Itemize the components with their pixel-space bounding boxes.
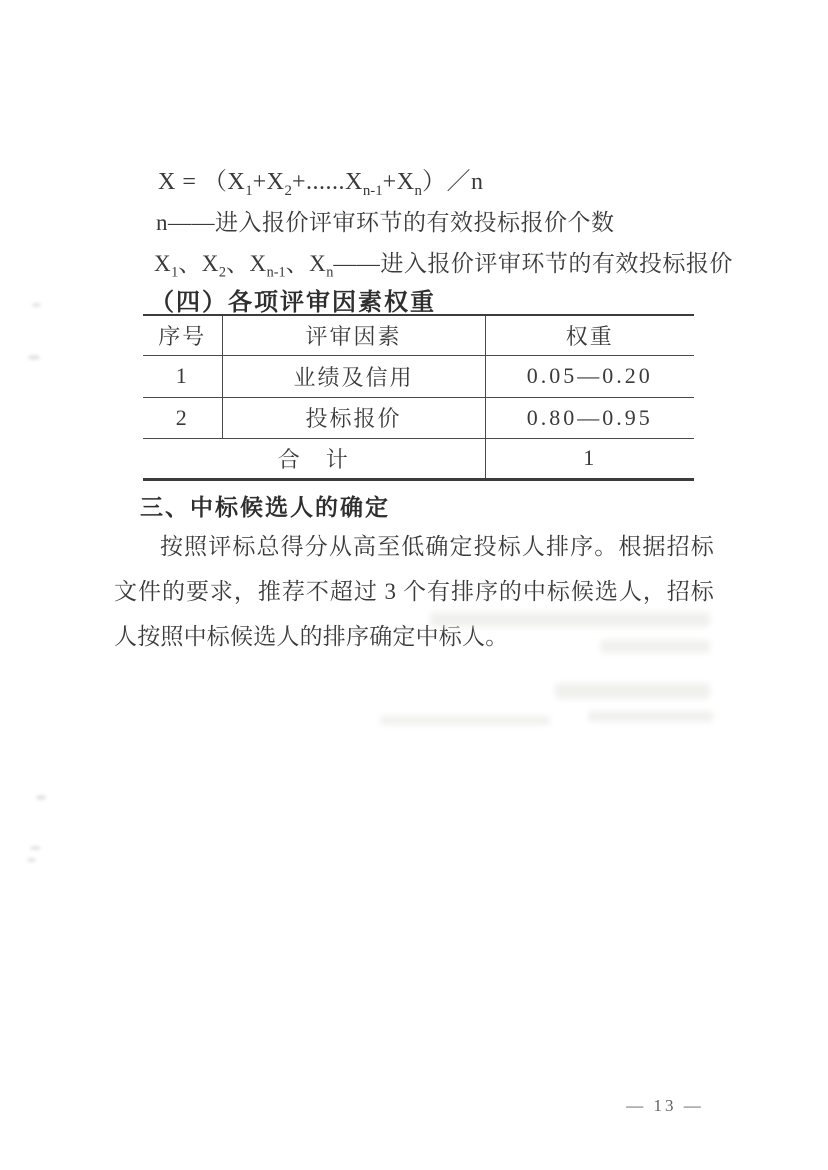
formula-definition-x: X1、X2、Xn-1、Xn——进入报价评审环节的有效投标报价 — [154, 245, 733, 278]
scan-artifact — [36, 795, 46, 800]
cell-factor: 投标报价 — [222, 397, 485, 438]
header-cell-weight: 权重 — [485, 315, 694, 355]
header-cell-index: 序号 — [143, 315, 222, 355]
scan-artifact — [27, 858, 36, 862]
page-number: — 13 — — [600, 1096, 730, 1116]
cell-weight: 0.05—0.20 — [485, 355, 694, 397]
formula-average-price: X = （X1+X2+......Xn-1+Xn）／n — [158, 161, 483, 196]
bleed-through-ghost — [380, 716, 550, 725]
cell-factor: 业绩及信用 — [222, 355, 485, 397]
table-header-row: 序号 评审因素 权重 — [143, 315, 694, 355]
body-paragraph: 按照评标总得分从高至低确定投标人排序。根据招标文件的要求，推荐不超过 3 个有排… — [114, 524, 714, 659]
table-row: 1 业绩及信用 0.05—0.20 — [143, 355, 694, 397]
section-heading-winner-determination: 三、中标候选人的确定 — [140, 489, 390, 522]
cell-weight: 0.80—0.95 — [485, 397, 694, 438]
footer-total-value: 1 — [485, 438, 694, 479]
footer-total-label: 合 计 — [143, 438, 485, 479]
bleed-through-ghost — [430, 612, 710, 627]
bleed-through-ghost — [588, 711, 713, 722]
bleed-through-ghost — [600, 640, 710, 653]
cell-index: 2 — [143, 397, 222, 438]
scan-artifact — [28, 355, 40, 360]
bleed-through-ghost — [555, 683, 710, 699]
scan-artifact — [32, 303, 41, 307]
section-heading-weights: （四）各项评审因素权重 — [150, 282, 436, 317]
header-cell-factor: 评审因素 — [222, 315, 485, 355]
scan-artifact — [30, 846, 41, 850]
table-footer-row: 合 计 1 — [143, 438, 694, 479]
formula-definition-n: n——进入报价评审环节的有效投标报价个数 — [156, 204, 615, 237]
weights-table: 序号 评审因素 权重 1 业绩及信用 0.05—0.20 2 投标报价 0.80… — [143, 314, 694, 481]
cell-index: 1 — [143, 355, 222, 397]
table-row: 2 投标报价 0.80—0.95 — [143, 397, 694, 438]
document-page: X = （X1+X2+......Xn-1+Xn）／n n——进入报价评审环节的… — [0, 0, 828, 1170]
